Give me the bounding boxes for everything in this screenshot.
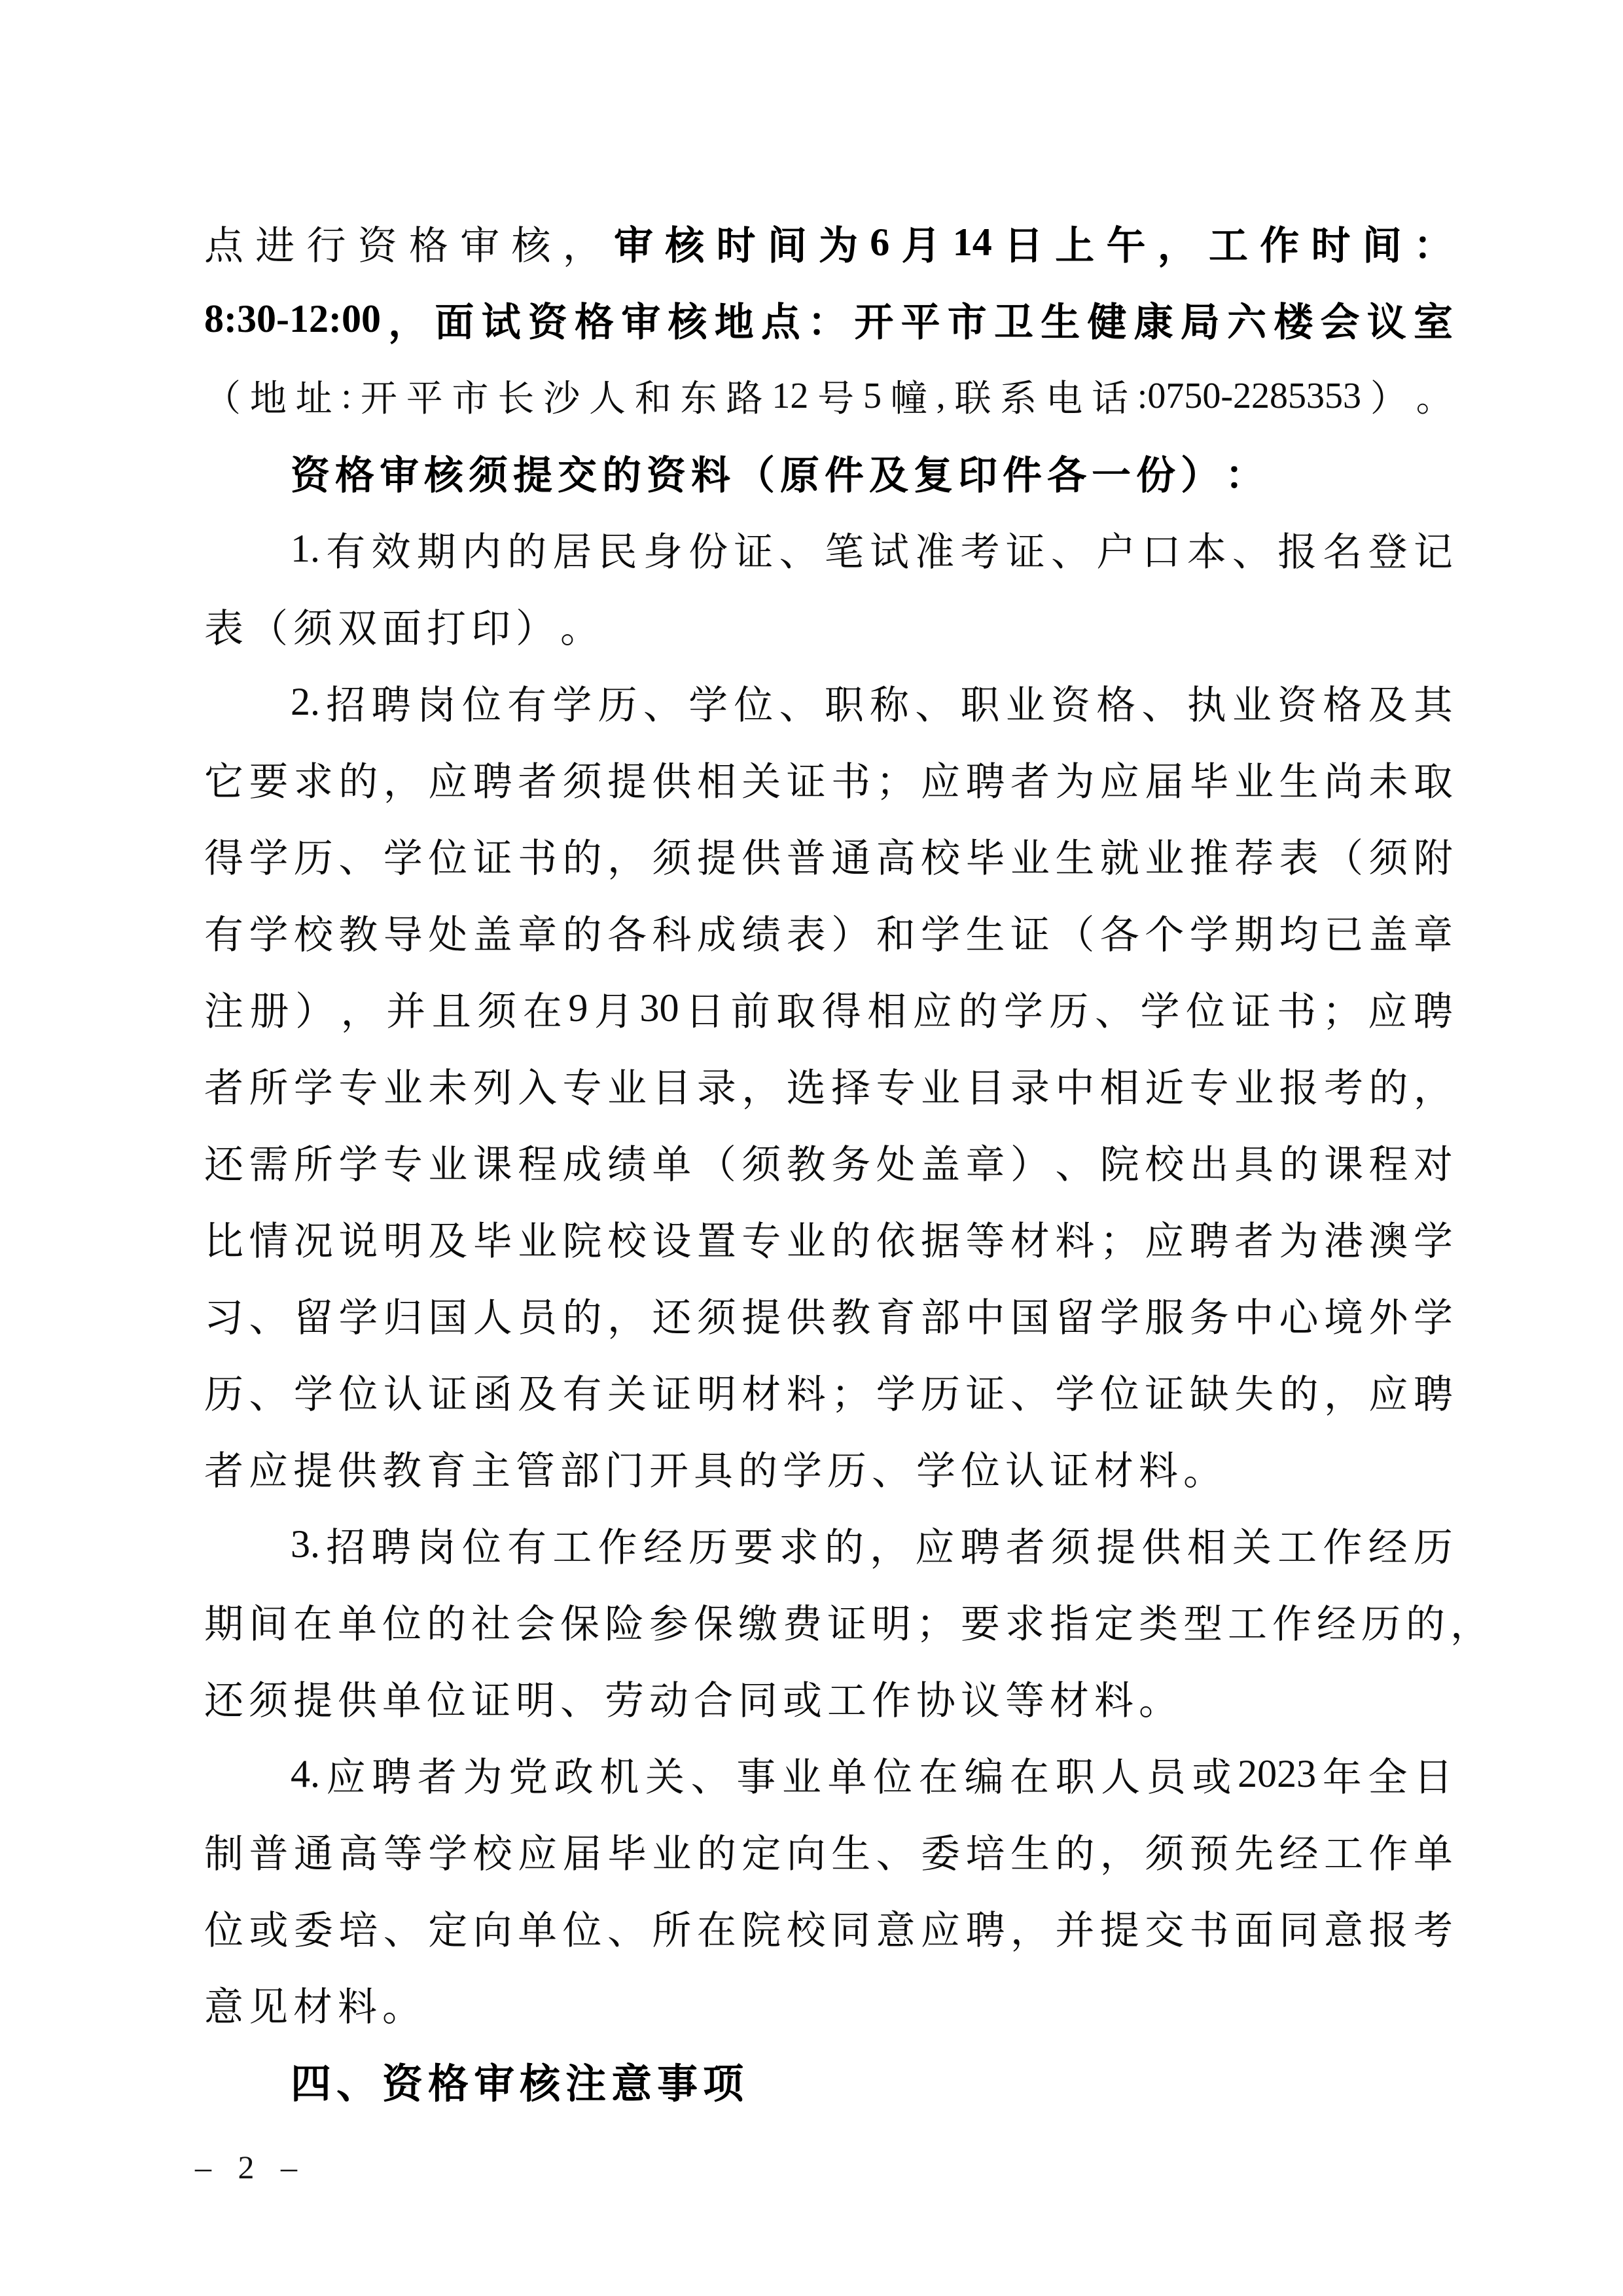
glyph: 历 [827, 1440, 866, 1496]
glyph: 2. [291, 679, 320, 725]
glyph: 核 [668, 291, 707, 348]
glyph: 校 [607, 1210, 647, 1266]
glyph: 及 [428, 1210, 467, 1266]
glyph: 且 [432, 980, 471, 1037]
glyph: 位 [873, 1746, 912, 1803]
glyph: 、 [560, 1670, 599, 1726]
glyph: 经 [1368, 1516, 1408, 1573]
glyph: 会 [516, 1593, 555, 1649]
glyph: 、 [1010, 1363, 1050, 1420]
glyph: 定 [428, 1899, 467, 1956]
glyph: 失 [1234, 1363, 1274, 1420]
glyph: 普 [249, 1823, 288, 1879]
glyph: 依 [876, 1210, 916, 1266]
glyph: 相 [697, 751, 736, 807]
glyph: 聘 [1190, 1210, 1229, 1266]
glyph: 在 [523, 980, 562, 1037]
glyph: 要 [961, 1593, 1000, 1649]
glyph: 核 [512, 215, 551, 271]
glyph: 近 [1145, 1057, 1184, 1113]
glyph: 校 [294, 904, 333, 960]
glyph: 、 [876, 1823, 916, 1879]
glyph: 的 [1055, 1823, 1094, 1879]
glyph: 务 [1190, 1287, 1229, 1343]
glyph: 中 [965, 1287, 1005, 1343]
glyph: 须 [1051, 1516, 1090, 1573]
glyph: 章 [518, 904, 557, 960]
glyph: 的 [563, 904, 602, 960]
glyph: 录 [697, 1057, 736, 1113]
glyph: 、 [691, 1746, 730, 1803]
glyph: 高 [338, 1823, 378, 1879]
glyph: 打 [427, 598, 466, 654]
glyph: 。 [1139, 1670, 1178, 1726]
document-page: 点进行资格审核，审核时间为6月14日上午，工作时间：8:30-12:00，面试资… [0, 0, 1623, 2296]
glyph: 须 [1145, 1823, 1184, 1879]
glyph: 意 [204, 1976, 243, 2032]
glyph: 原 [780, 444, 819, 501]
section-heading: 四、资格审核注意事项 [204, 2042, 1453, 2119]
glyph: 要 [249, 751, 288, 807]
glyph: 证 [734, 521, 773, 577]
glyph: 、 [872, 1440, 911, 1496]
glyph: 委 [921, 1823, 960, 1879]
glyph: 管 [516, 1440, 555, 1496]
glyph: 健 [1087, 291, 1126, 348]
text-line: 期间在单位的社会保险参保缴费证明；要求指定类型工作经历的， [204, 1583, 1453, 1659]
glyph: 提 [741, 1287, 781, 1343]
glyph: 位 [462, 674, 501, 730]
glyph: 者 [204, 1440, 243, 1496]
glyph: 。 [1416, 370, 1453, 422]
glyph: 需 [249, 1134, 288, 1190]
glyph: 单 [518, 1899, 557, 1956]
glyph: 相 [1100, 1057, 1139, 1113]
glyph: 应 [1368, 980, 1407, 1037]
glyph: 各 [1100, 904, 1139, 960]
glyph: 的 [563, 1287, 602, 1343]
glyph: 平 [901, 291, 940, 348]
glyph: 的 [738, 1440, 777, 1496]
glyph: 份 [688, 521, 728, 577]
glyph: 对 [1414, 1134, 1453, 1190]
glyph: 专 [338, 1057, 378, 1113]
glyph: 外 [1368, 1287, 1408, 1343]
glyph: 政 [554, 1746, 594, 1803]
glyph: 服 [1145, 1287, 1184, 1343]
glyph: 准 [915, 521, 954, 577]
glyph: 等 [1005, 1670, 1044, 1726]
glyph: 上 [1055, 215, 1094, 271]
glyph: 认 [383, 1363, 423, 1420]
glyph: 14 [953, 220, 992, 265]
glyph: 目 [965, 1057, 1005, 1113]
glyph: 应 [1368, 1363, 1408, 1420]
glyph: 户 [1096, 521, 1135, 577]
glyph: 况 [294, 1210, 333, 1266]
glyph: ， [1158, 215, 1197, 271]
glyph: 料 [1055, 1210, 1094, 1266]
glyph: 关 [741, 751, 781, 807]
glyph: 或 [783, 1670, 822, 1726]
glyph: 的 [602, 444, 641, 501]
glyph: 业 [782, 1746, 821, 1803]
glyph: 盖 [921, 1134, 960, 1190]
glyph: 试 [482, 291, 521, 348]
glyph: 、 [336, 2051, 377, 2109]
glyph: ： [1414, 215, 1453, 271]
glyph: 期 [204, 1593, 243, 1649]
glyph: 业 [1010, 827, 1050, 884]
glyph: 程 [1368, 1134, 1408, 1190]
glyph: ； [916, 1593, 955, 1649]
glyph: 供 [338, 1670, 377, 1726]
glyph: 的 [1279, 1134, 1319, 1190]
glyph: 单 [828, 1746, 867, 1803]
glyph: 取 [776, 980, 815, 1037]
glyph: 劳 [605, 1670, 644, 1726]
glyph: 。 [382, 1976, 421, 2032]
glyph: 岗 [417, 1516, 456, 1573]
glyph: 、 [779, 521, 819, 577]
glyph: 。 [560, 598, 599, 654]
glyph: 业 [1232, 674, 1272, 730]
glyph: 供 [741, 827, 781, 884]
glyph: 型 [1183, 1593, 1222, 1649]
text-line: 它要求的，应聘者须提供相关证书；应聘者为应届毕业生尚未取 [204, 740, 1453, 817]
glyph: 有 [563, 1363, 602, 1420]
glyph: 12 [772, 375, 808, 417]
glyph: 审 [474, 2051, 514, 2109]
glyph: 附 [1414, 827, 1453, 884]
glyph: 主 [471, 1440, 510, 1496]
glyph: 表 [204, 598, 243, 654]
glyph: 招 [326, 1516, 365, 1573]
glyph: 同 [1279, 1899, 1319, 1956]
glyph: 择 [831, 1057, 870, 1113]
glyph: 表 [1279, 827, 1319, 884]
glyph: 说 [338, 1210, 378, 1266]
glyph: 的 [697, 1823, 736, 1879]
glyph: 就 [1100, 827, 1139, 884]
glyph: 学 [338, 1134, 378, 1190]
glyph: 须 [477, 980, 516, 1037]
glyph: 生 [831, 1823, 870, 1879]
glyph: 位 [462, 1516, 501, 1573]
glyph: 表 [787, 904, 826, 960]
glyph: 业 [652, 1823, 691, 1879]
glyph: 的 [338, 751, 378, 807]
glyph: 应 [915, 1516, 954, 1573]
glyph: 供 [1141, 1516, 1181, 1573]
glyph: 先 [1234, 1823, 1274, 1879]
text-line: 点进行资格审核，审核时间为6月14日上午，工作时间： [204, 204, 1453, 281]
glyph: 六 [1227, 291, 1266, 348]
glyph: 的 [831, 1210, 870, 1266]
glyph: 培 [965, 1823, 1005, 1879]
glyph: 部 [921, 1287, 960, 1343]
glyph: 点 [204, 215, 243, 271]
glyph: 位 [338, 1363, 378, 1420]
glyph: 历 [1361, 1593, 1400, 1649]
glyph: 育 [876, 1287, 916, 1343]
glyph: 须 [249, 1670, 288, 1726]
glyph: 提 [293, 1440, 332, 1496]
glyph: 和 [876, 904, 916, 960]
glyph: 证 [965, 1363, 1005, 1420]
glyph: 相 [1187, 1516, 1226, 1573]
glyph: 资 [647, 444, 686, 501]
glyph: 高 [876, 827, 916, 884]
glyph: 资 [1051, 674, 1090, 730]
glyph: 险 [605, 1593, 644, 1649]
glyph: ， [607, 1287, 647, 1343]
glyph: 业 [1145, 827, 1184, 884]
glyph: 议 [961, 1670, 1000, 1726]
glyph: 的 [958, 980, 997, 1037]
glyph: 事 [657, 2051, 698, 2109]
glyph: 材 [1050, 1670, 1089, 1726]
glyph: ， [607, 827, 647, 884]
glyph: 单 [338, 1593, 377, 1649]
glyph: 课 [1324, 1134, 1363, 1190]
glyph: 内 [462, 521, 501, 577]
glyph: 录 [1010, 1057, 1050, 1113]
text-line: 2.招聘岗位有学历、学位、职称、职业资格、执业资格及其 [204, 664, 1453, 740]
glyph: 经 [1317, 1593, 1356, 1649]
glyph: 市 [948, 291, 987, 348]
glyph: 工 [1209, 215, 1248, 271]
glyph: 届 [563, 1823, 602, 1879]
glyph: 、 [1051, 521, 1090, 577]
glyph: 作 [598, 1516, 637, 1573]
glyph: 全 [1368, 1746, 1407, 1803]
glyph: 、 [1232, 521, 1272, 577]
glyph: 学 [249, 827, 288, 884]
glyph: 作 [1323, 1516, 1362, 1573]
glyph: 明 [516, 1670, 555, 1726]
document-body: 点进行资格审核，审核时间为6月14日上午，工作时间：8:30-12:00，面试资… [204, 204, 1453, 2119]
glyph: 出 [1190, 1134, 1229, 1190]
glyph: 格 [1096, 674, 1135, 730]
glyph: 留 [294, 1287, 333, 1343]
glyph: 的 [1279, 1363, 1319, 1420]
glyph: 8:30-12:00 [204, 296, 381, 342]
glyph: 证 [473, 827, 512, 884]
glyph: 所 [249, 1057, 288, 1113]
glyph: 为 [463, 1746, 503, 1803]
text-line: 比情况说明及毕业院校设置专业的依据等材料；应聘者为港澳学 [204, 1200, 1453, 1276]
glyph: 毕 [1190, 751, 1229, 807]
glyph: 书 [831, 751, 870, 807]
glyph: 30 [639, 986, 679, 1031]
glyph: 开 [649, 1440, 688, 1496]
glyph: 核 [665, 215, 704, 271]
glyph: 印 [471, 598, 510, 654]
glyph: 书 [1190, 1899, 1229, 1956]
glyph: 选 [787, 1057, 826, 1113]
glyph: 号 [817, 370, 854, 422]
glyph: 历 [1049, 980, 1088, 1037]
glyph: 供 [787, 1287, 826, 1343]
glyph: 审 [380, 444, 419, 501]
glyph: 人 [589, 370, 626, 422]
text-line: 者应提供教育主管部门开具的学历、学位认证材料。 [204, 1429, 1453, 1506]
glyph: 普 [787, 827, 826, 884]
text-line: 3.招聘岗位有工作经历要求的，应聘者须提供相关工作经历 [204, 1506, 1453, 1583]
glyph: 午 [1107, 215, 1146, 271]
glyph: 课 [473, 1134, 512, 1190]
glyph: 资 [528, 291, 567, 348]
glyph: 面 [382, 598, 421, 654]
glyph: 注 [565, 2051, 606, 2109]
glyph: 提 [1100, 1899, 1139, 1956]
glyph: 的 [507, 521, 546, 577]
glyph: 料 [787, 1363, 826, 1420]
glyph: 求 [779, 1516, 819, 1573]
text-line: 资格审核须提交的资料（原件及复印件各一份）： [204, 434, 1453, 511]
glyph: 事 [736, 1746, 776, 1803]
glyph: ， [383, 751, 423, 807]
glyph: 盖 [473, 904, 512, 960]
text-line: 得学历、学位证书的，须提供普通高校毕业生就业推荐表（须附 [204, 817, 1453, 893]
glyph: , [936, 375, 946, 417]
text-line: 1.有效期内的居民身份证、笔试准考证、户口本、报名登记 [204, 511, 1453, 587]
glyph: 证 [787, 751, 826, 807]
glyph: 学 [1190, 904, 1229, 960]
glyph: 须 [293, 598, 332, 654]
glyph: 、 [1055, 1134, 1094, 1190]
glyph: 业 [607, 1057, 647, 1113]
glyph: 员 [518, 1287, 557, 1343]
glyph: 应 [1145, 1210, 1184, 1266]
glyph: 部 [560, 1440, 599, 1496]
glyph: 均 [1279, 904, 1319, 960]
glyph: ， [741, 1057, 781, 1113]
glyph: 历 [1414, 1516, 1453, 1573]
glyph: 经 [1279, 1823, 1319, 1879]
glyph: 考 [1414, 1899, 1453, 1956]
glyph: 学 [294, 1057, 333, 1113]
glyph: 须 [697, 1287, 736, 1343]
glyph: 5 [863, 375, 882, 417]
glyph: 证 [471, 1670, 510, 1726]
glyph: 未 [1368, 751, 1408, 807]
glyph: 中 [1055, 1057, 1094, 1113]
glyph: ， [341, 980, 380, 1037]
glyph: 在 [919, 1746, 958, 1803]
glyph: 一 [1092, 444, 1131, 501]
glyph: 期 [1234, 904, 1274, 960]
glyph: 国 [1010, 1287, 1050, 1343]
glyph: 习 [204, 1287, 243, 1343]
glyph: 向 [787, 1823, 826, 1879]
glyph: 书 [1277, 980, 1316, 1037]
glyph: 历 [921, 1363, 960, 1420]
glyph: 院 [1100, 1134, 1139, 1190]
glyph: 聘 [372, 1746, 411, 1803]
glyph: 求 [1005, 1593, 1044, 1649]
glyph: 同 [831, 1899, 870, 1956]
glyph: 资 [291, 444, 330, 501]
text-line: 还需所学专业课程成绩单（须教务处盖章）、院校出具的课程对 [204, 1123, 1453, 1200]
glyph: 通 [831, 827, 870, 884]
glyph: 业 [1234, 751, 1274, 807]
glyph: 经 [643, 1516, 683, 1573]
glyph: ， [388, 291, 427, 348]
glyph: 成 [563, 1134, 602, 1190]
glyph: 地 [715, 291, 754, 348]
glyph: 考 [1324, 1057, 1363, 1113]
glyph: 教 [382, 1440, 421, 1496]
glyph: 话 [1092, 370, 1128, 422]
glyph: :0750-2285353 [1137, 375, 1361, 417]
glyph: 幢 [891, 370, 927, 422]
glyph: （ [1324, 827, 1363, 884]
glyph: 机 [599, 1746, 639, 1803]
glyph: 门 [605, 1440, 644, 1496]
glyph: 预 [1190, 1823, 1229, 1879]
glyph: 绩 [741, 904, 781, 960]
glyph: 院 [563, 1210, 602, 1266]
glyph: 记 [1414, 521, 1453, 577]
glyph: 生 [1010, 1823, 1050, 1879]
glyph: 的 [563, 827, 602, 884]
glyph: 入 [518, 1057, 557, 1113]
glyph: 者 [204, 1057, 243, 1113]
glyph: 及 [1368, 674, 1408, 730]
glyph: 者 [1234, 1210, 1274, 1266]
glyph: 位 [563, 1899, 602, 1956]
glyph: 作 [1272, 1593, 1311, 1649]
glyph: 证 [1006, 521, 1045, 577]
glyph: 动 [649, 1670, 688, 1726]
glyph: 面 [1234, 1899, 1274, 1956]
glyph: ） [1181, 444, 1220, 501]
glyph: 工 [827, 1670, 866, 1726]
glyph: 沙 [543, 370, 580, 422]
glyph: 效 [371, 521, 410, 577]
glyph: ； [1100, 1210, 1139, 1266]
glyph: 材 [741, 1363, 781, 1420]
glyph: 册 [250, 980, 289, 1037]
glyph: 平 [406, 370, 443, 422]
glyph: 国 [428, 1287, 467, 1343]
glyph: 并 [386, 980, 425, 1037]
glyph: ； [1323, 980, 1362, 1037]
glyph: 缺 [1190, 1363, 1229, 1420]
glyph: 务 [831, 1134, 870, 1190]
glyph: 须 [1368, 827, 1408, 884]
glyph: 。 [1183, 1440, 1222, 1496]
text-line: 历、学位认证函及有关证明材料；学历证、学位证缺失的，应聘 [204, 1353, 1453, 1429]
glyph: 间 [249, 1593, 288, 1649]
text-line: 意见材料。 [204, 1965, 1453, 2042]
glyph: 在 [697, 1899, 736, 1956]
glyph: 项 [703, 2051, 743, 2109]
glyph: 人 [473, 1287, 512, 1343]
glyph: 或 [249, 1899, 288, 1956]
glyph: （ [736, 444, 775, 501]
glyph: 证 [1010, 904, 1050, 960]
glyph: 业 [383, 1057, 423, 1113]
text-line: 还须提供单位证明、劳动合同或工作协议等材料。 [204, 1659, 1453, 1736]
glyph: 保 [560, 1593, 599, 1649]
glyph: 位 [734, 674, 773, 730]
glyph: 要 [734, 1516, 773, 1573]
glyph: 局 [1181, 291, 1220, 348]
glyph: 1. [291, 526, 320, 571]
